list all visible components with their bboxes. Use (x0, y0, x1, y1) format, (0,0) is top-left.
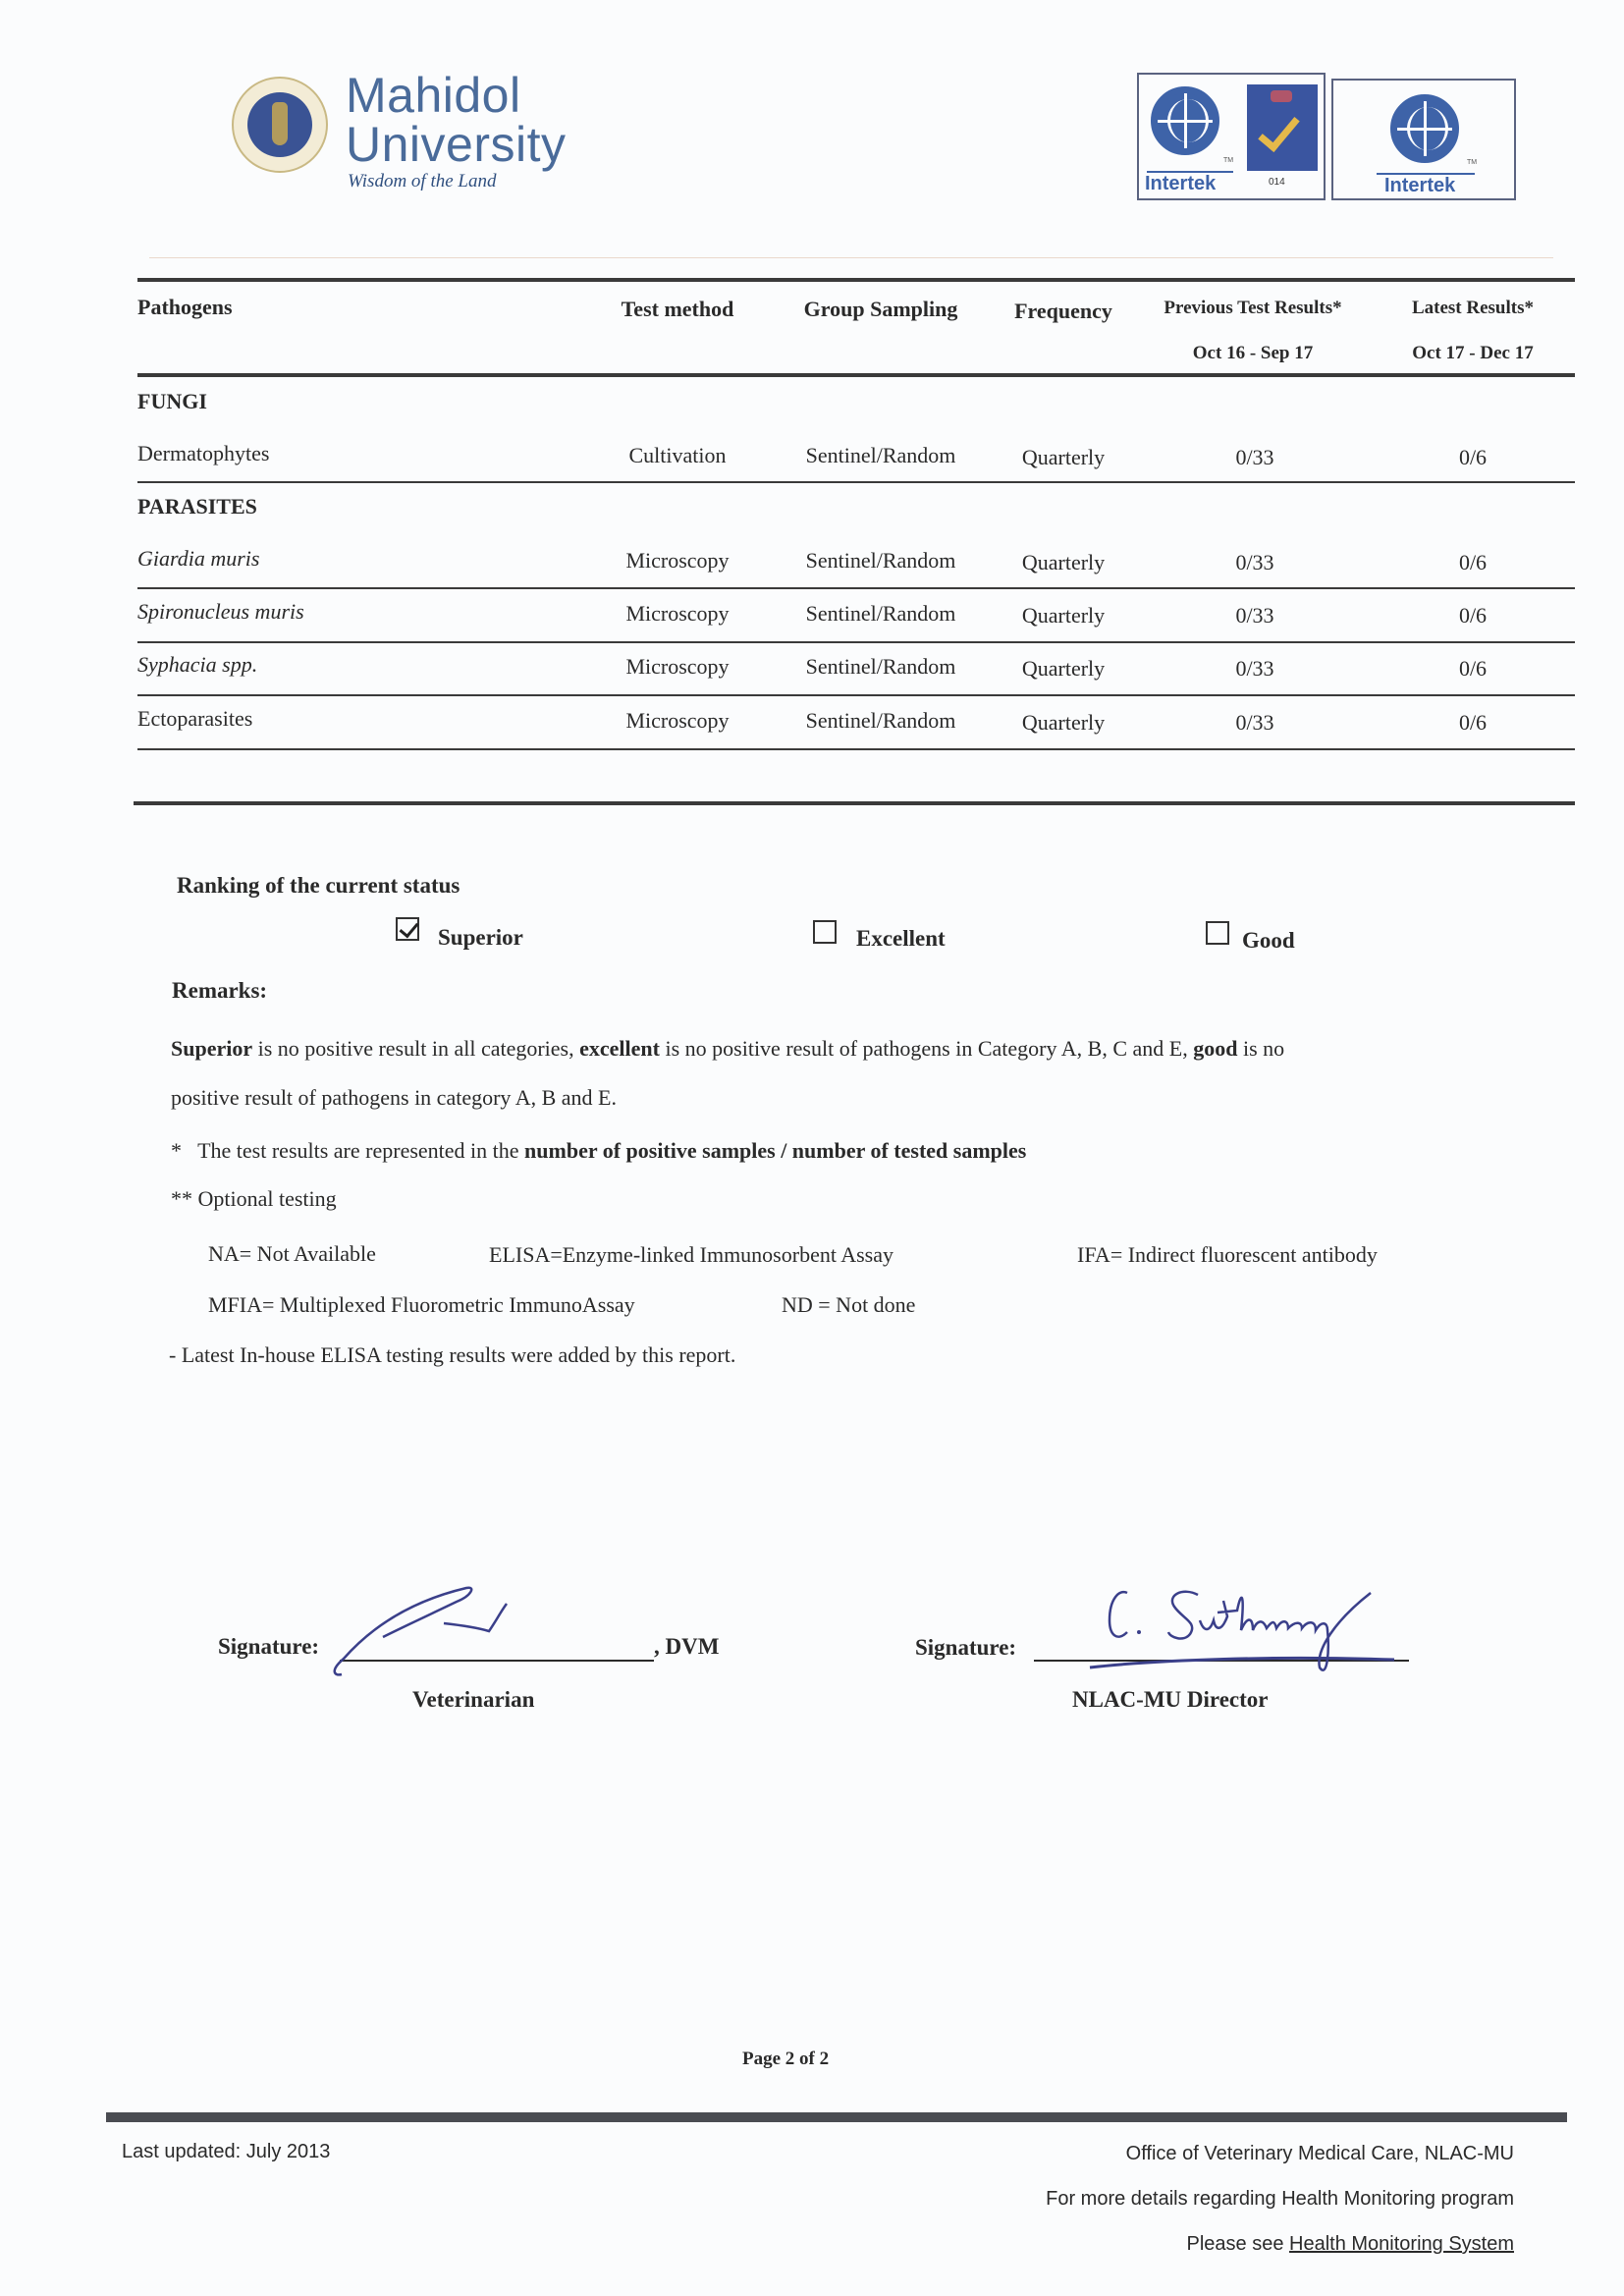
ranking-definition-line1: Superior is no positive result in all ca… (171, 1036, 1284, 1062)
header-divider (149, 257, 1553, 258)
abbr-na: NA= Not Available (208, 1241, 376, 1267)
col-header-pathogens: Pathogens (137, 295, 233, 320)
col-header-previous-period: Oct 16 - Sep 17 (1193, 343, 1313, 364)
row-divider (137, 748, 1575, 750)
footer-rule (106, 2112, 1567, 2122)
row-divider (137, 641, 1575, 643)
globe-icon (1390, 94, 1459, 163)
latest-result: 0/6 (1459, 603, 1487, 629)
good-checkbox[interactable] (1206, 921, 1229, 945)
university-name: Mahidol University (346, 71, 566, 169)
excellent-label: Excellent (856, 926, 946, 952)
elisa-note: - Latest In-house ELISA testing results … (169, 1342, 735, 1368)
check-icon (400, 918, 419, 939)
previous-result: 0/33 (1235, 603, 1273, 629)
latest-result: 0/6 (1459, 550, 1487, 575)
remarks-title: Remarks: (172, 978, 267, 1004)
group-sampling: Sentinel/Random (806, 708, 956, 734)
crown-icon (1271, 90, 1292, 102)
latest-result: 0/6 (1459, 445, 1487, 470)
test-method: Microscopy (625, 654, 729, 680)
test-method: Microscopy (625, 548, 729, 574)
ranking-definition-line2: positive result of pathogens in category… (171, 1085, 617, 1111)
check-icon (1258, 108, 1299, 152)
test-method: Microscopy (625, 708, 729, 734)
group-sampling: Sentinel/Random (806, 601, 956, 627)
header-bottom-rule (137, 373, 1575, 377)
frequency: Quarterly (1022, 656, 1105, 682)
superior-checkbox[interactable] (396, 917, 419, 941)
iso-9001-cert-logo: TM Intertek 014 (1137, 73, 1326, 200)
intertek-brand: Intertek (1145, 173, 1216, 195)
previous-result: 0/33 (1235, 656, 1273, 682)
optional-testing-note: ** Optional testing (171, 1186, 337, 1212)
latest-result: 0/6 (1459, 656, 1487, 682)
col-header-test-method: Test method (622, 297, 734, 322)
pathogen-name: Dermatophytes (137, 441, 269, 466)
ukas-number: 014 (1269, 177, 1285, 188)
office-name: Office of Veterinary Medical Care, NLAC-… (1126, 2143, 1514, 2165)
left-signature-label: Signature: (218, 1634, 319, 1660)
university-name-line2: University (346, 120, 566, 169)
health-monitoring-reference: Please see Health Monitoring System (1187, 2233, 1515, 2256)
good-label: Good (1242, 928, 1295, 954)
pathogen-name: Ectoparasites (137, 706, 252, 732)
abbr-ifa: IFA= Indirect fluorescent antibody (1077, 1242, 1378, 1268)
category-parasites: PARASITES (137, 494, 257, 519)
col-header-latest-period: Oct 17 - Dec 17 (1412, 343, 1533, 364)
abbr-mfia: MFIA= Multiplexed Fluorometric ImmunoAss… (208, 1292, 635, 1318)
previous-result: 0/33 (1235, 445, 1273, 470)
group-sampling: Sentinel/Random (806, 443, 956, 468)
right-signature-role: NLAC-MU Director (1072, 1687, 1268, 1713)
col-header-latest: Latest Results* (1412, 298, 1534, 319)
col-header-group-sampling: Group Sampling (804, 297, 958, 322)
row-divider (137, 694, 1575, 696)
frequency: Quarterly (1022, 550, 1105, 575)
ukas-badge (1247, 84, 1318, 171)
globe-icon (1151, 86, 1219, 155)
frequency: Quarterly (1022, 710, 1105, 736)
group-sampling: Sentinel/Random (806, 654, 956, 680)
right-signature-label: Signature: (915, 1635, 1016, 1661)
veterinarian-signature (324, 1576, 560, 1684)
page-number: Page 2 of 2 (742, 2049, 829, 2070)
pathogen-name: Giardia muris (137, 546, 259, 572)
abbr-nd: ND = Not done (782, 1292, 915, 1318)
ohsas-18001-cert-logo: TM Intertek (1331, 79, 1516, 200)
left-signature-suffix: , DVM (654, 1634, 719, 1660)
university-name-line1: Mahidol (346, 71, 566, 120)
category-fungi: FUNGI (137, 389, 207, 414)
health-monitoring-system-link[interactable]: Health Monitoring System (1289, 2233, 1514, 2255)
pathogen-name: Spironucleus muris (137, 599, 304, 625)
table-bottom-rule (134, 801, 1575, 805)
col-header-previous: Previous Test Results* (1164, 298, 1341, 319)
group-sampling: Sentinel/Random (806, 548, 956, 574)
superior-label: Superior (438, 925, 523, 951)
previous-result: 0/33 (1235, 550, 1273, 575)
last-updated: Last updated: July 2013 (122, 2141, 330, 2163)
left-signature-role: Veterinarian (412, 1687, 534, 1713)
more-details-note: For more details regarding Health Monito… (1046, 2188, 1514, 2211)
table-top-rule (137, 278, 1575, 282)
row-divider (137, 481, 1575, 483)
frequency: Quarterly (1022, 445, 1105, 470)
excellent-checkbox[interactable] (813, 920, 837, 944)
university-tagline: Wisdom of the Land (348, 171, 496, 192)
frequency: Quarterly (1022, 603, 1105, 629)
results-format-note: * The test results are represented in th… (171, 1138, 1026, 1164)
ranking-title: Ranking of the current status (177, 873, 460, 899)
previous-result: 0/33 (1235, 710, 1273, 736)
row-divider (137, 587, 1575, 589)
latest-result: 0/6 (1459, 710, 1487, 736)
director-signature (1080, 1581, 1424, 1699)
mahidol-seal-logo (232, 77, 328, 173)
test-method: Microscopy (625, 601, 729, 627)
abbr-elisa: ELISA=Enzyme-linked Immunosorbent Assay (489, 1242, 893, 1268)
intertek-brand: Intertek (1384, 175, 1455, 197)
pathogen-name: Syphacia spp. (137, 652, 257, 678)
test-method: Cultivation (629, 443, 727, 468)
col-header-frequency: Frequency (1014, 299, 1112, 324)
